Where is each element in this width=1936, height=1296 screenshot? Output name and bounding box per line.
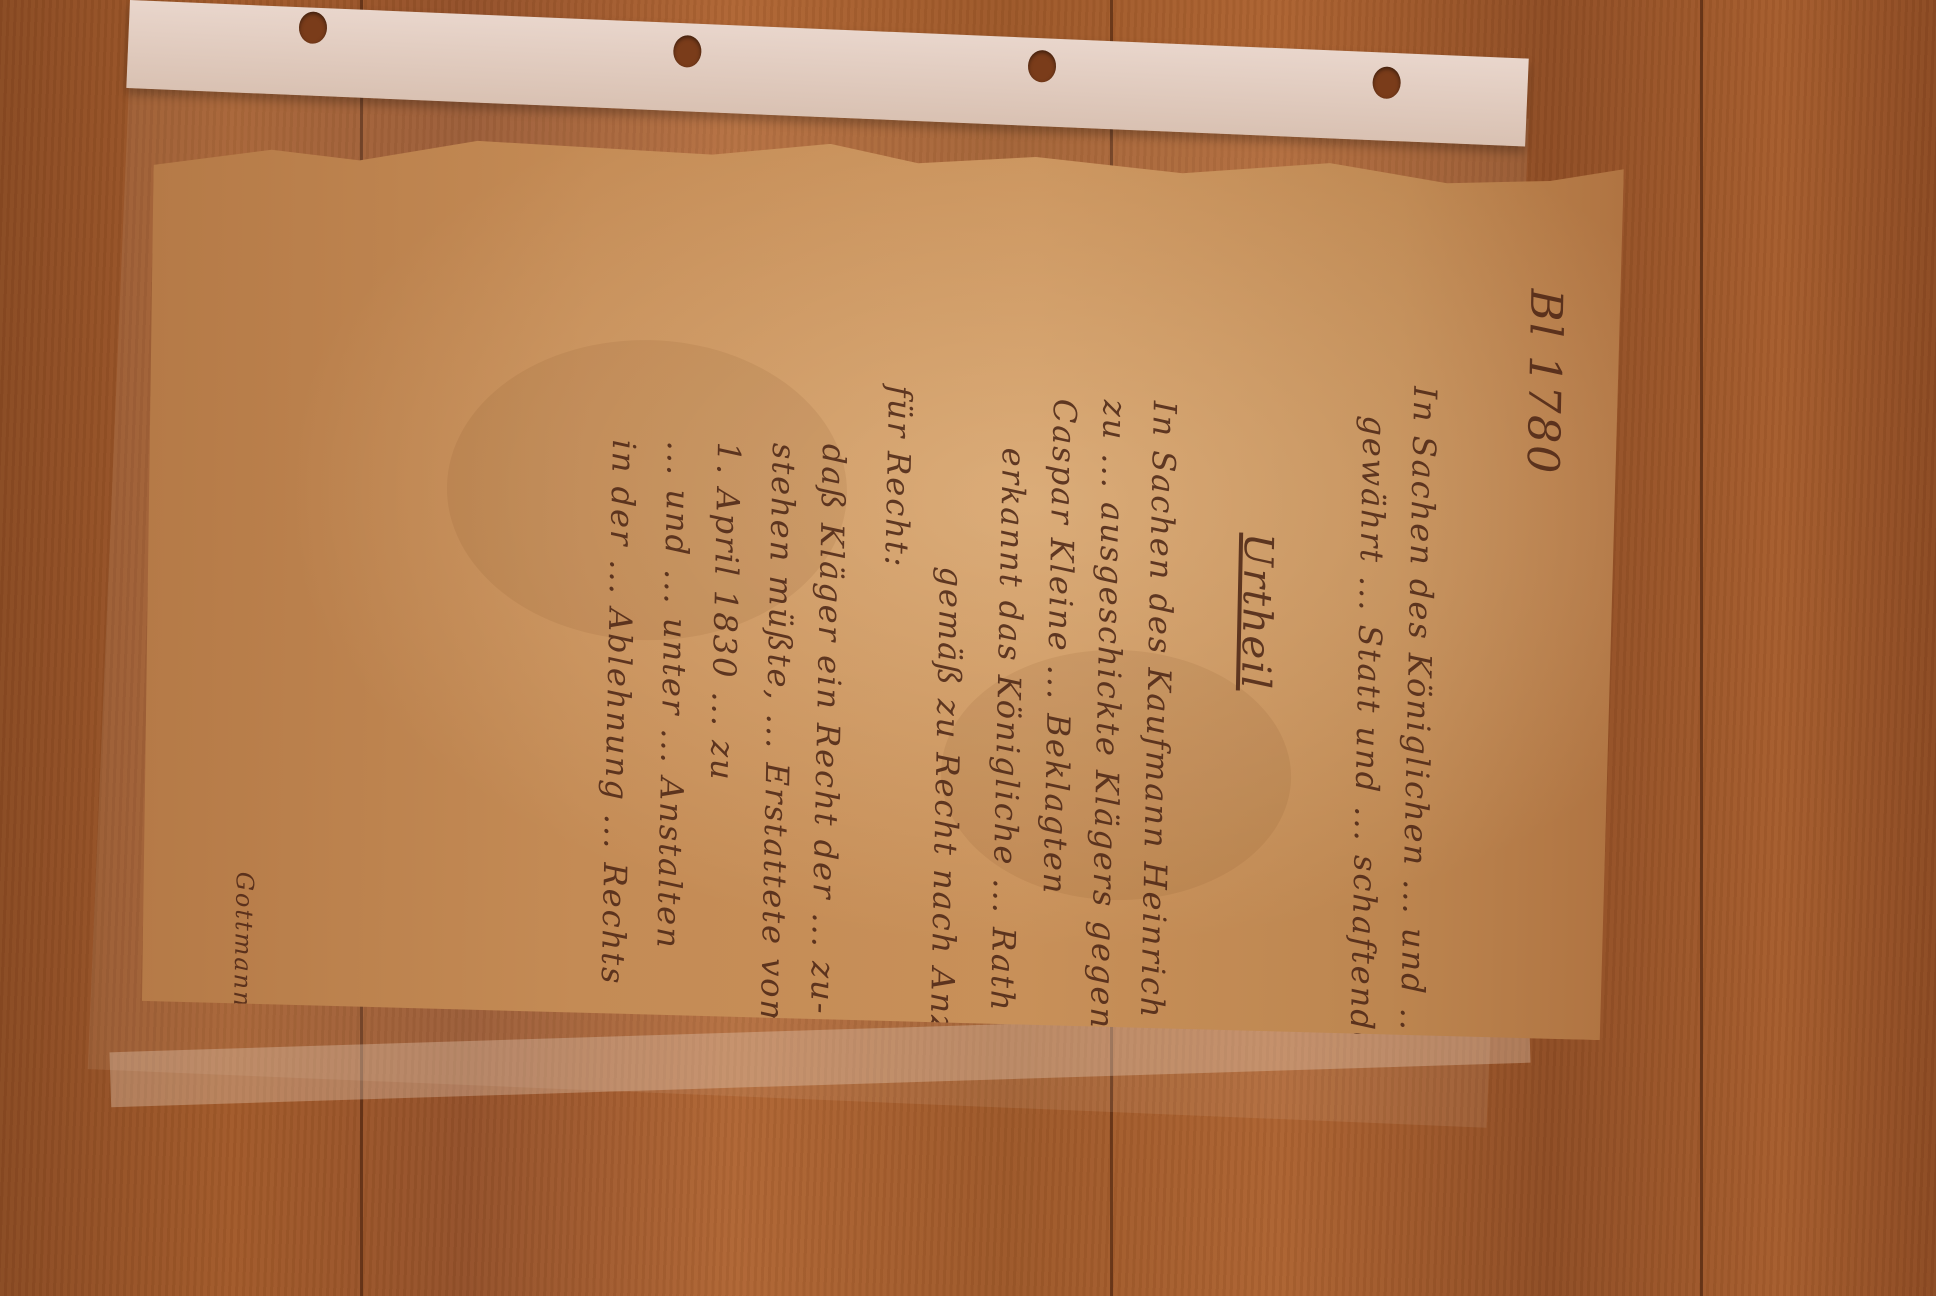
- handwritten-line: gemäß zu Recht nach Anzeige der Akten: [917, 566, 970, 1296]
- reference-mark: Bl 1780: [1516, 288, 1571, 475]
- handwritten-line: In Sachen des Königlichen ... und ... Ra…: [1390, 386, 1444, 1142]
- signature: Gottmann: [228, 871, 259, 1008]
- handwritten-line: 1. April 1830 ... zu: [703, 441, 748, 782]
- handwritten-line: für Recht:: [877, 385, 919, 569]
- plank-seam: [1700, 0, 1703, 1296]
- punch-hole: [1372, 66, 1401, 99]
- handwritten-line: gewährt ... Statt und ... schaftende: [1342, 415, 1393, 1053]
- punch-hole: [298, 11, 327, 44]
- punch-hole: [1027, 50, 1056, 83]
- document-paper: Bl 1780 In Sachen des Königlichen ... un…: [136, 130, 1624, 1041]
- handwritten-line: erkannt das Königliche ... Rath: [983, 447, 1033, 1013]
- document-heading: Urtheil: [1232, 532, 1281, 691]
- punch-hole: [673, 35, 702, 68]
